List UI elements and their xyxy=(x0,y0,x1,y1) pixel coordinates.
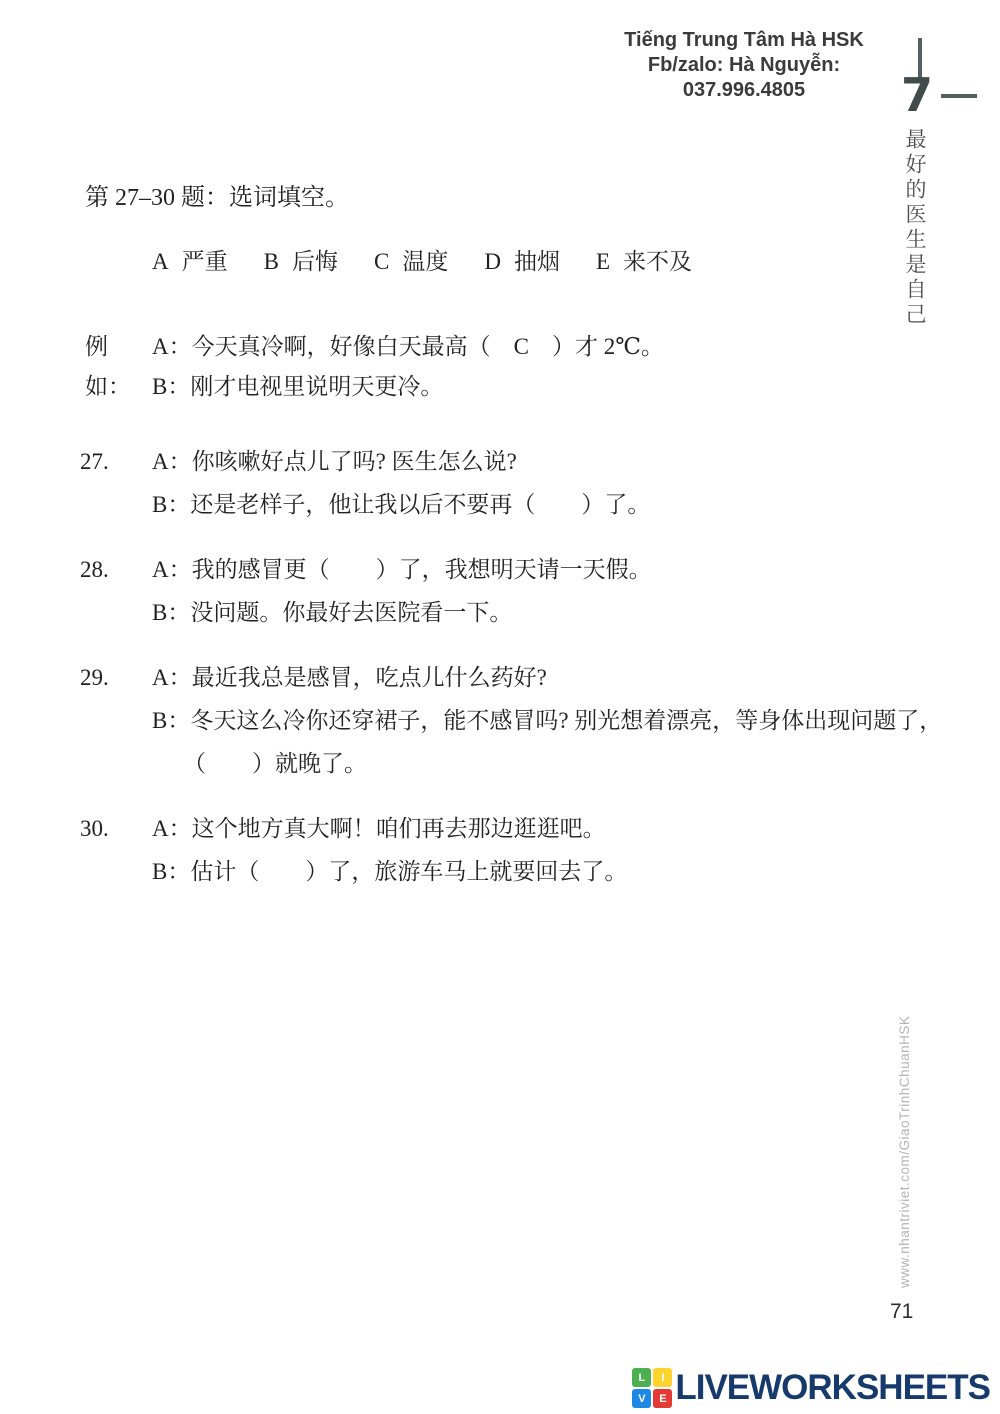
question-number: 27. xyxy=(80,440,152,526)
option-word: 后悔 xyxy=(292,247,338,277)
chapter-horizontal-rule xyxy=(941,94,977,98)
word-bank-option-a: A 严重 xyxy=(152,247,228,277)
logo-tile-v: V xyxy=(632,1389,651,1408)
header-line1: Tiếng Trung Tâm Hà HSK xyxy=(596,28,892,53)
option-letter: C xyxy=(374,247,389,277)
question-line-a: A：这个地方真大啊！咱们再去那边逛逛吧。 xyxy=(152,807,627,850)
liveworksheets-wordmark: LIVEWORKSHEETS xyxy=(675,1368,990,1408)
exercise-content: 第 27–30 题：选词填空。 A 严重 B 后悔 C 温度 D 抽烟 E 来不… xyxy=(80,183,960,915)
question-number: 29. xyxy=(80,656,152,785)
option-word: 抽烟 xyxy=(514,247,560,277)
question-line-a: A：你咳嗽好点儿了吗? 医生怎么说? xyxy=(152,440,650,483)
question-line-a: A：我的感冒更（ ）了，我想明天请一天假。 xyxy=(152,548,652,591)
word-bank-option-b: B 后悔 xyxy=(264,247,338,277)
question-30: 30. A：这个地方真大啊！咱们再去那边逛逛吧。 B：估计（ ）了，旅游车马上就… xyxy=(80,807,960,893)
option-word: 严重 xyxy=(182,247,228,277)
example-dialogue: A：今天真冷啊，好像白天最高（ C ）才 2℃。 B：刚才电视里说明天更冷。 xyxy=(152,327,664,407)
question-line-a: A：最近我总是感冒，吃点儿什么药好? xyxy=(152,656,942,699)
question-29: 29. A：最近我总是感冒，吃点儿什么药好? B：冬天这么冷你还穿裙子，能不感冒… xyxy=(80,656,960,785)
word-bank: A 严重 B 后悔 C 温度 D 抽烟 E 来不及 xyxy=(152,247,960,277)
question-dialogue: A：你咳嗽好点儿了吗? 医生怎么说? B：还是老样子，他让我以后不要再（ ）了。 xyxy=(152,440,650,526)
question-line-b: B：还是老样子，他让我以后不要再（ ）了。 xyxy=(152,483,650,526)
example-line-b: B：刚才电视里说明天更冷。 xyxy=(152,367,664,407)
question-line-b: B：没问题。你最好去医院看一下。 xyxy=(152,591,652,634)
logo-tile-e: E xyxy=(653,1389,672,1408)
option-letter: E xyxy=(596,247,610,277)
option-letter: D xyxy=(484,247,501,277)
header-line2: Fb/zalo: Hà Nguyễn: 037.996.4805 xyxy=(596,53,892,103)
word-bank-option-e: E 来不及 xyxy=(596,247,692,277)
question-28: 28. A：我的感冒更（ ）了，我想明天请一天假。 B：没问题。你最好去医院看一… xyxy=(80,548,960,634)
question-number: 30. xyxy=(80,807,152,893)
option-word: 来不及 xyxy=(623,247,692,277)
page-number: 71 xyxy=(890,1300,913,1324)
question-dialogue: A：最近我总是感冒，吃点儿什么药好? B：冬天这么冷你还穿裙子，能不感冒吗? 别… xyxy=(152,656,942,785)
question-line-b: B：冬天这么冷你还穿裙子，能不感冒吗? 别光想着漂亮，等身体出现问题了， xyxy=(152,699,942,742)
example-label: 例如： xyxy=(85,327,152,407)
question-line-b: B：估计（ ）了，旅游车马上就要回去了。 xyxy=(152,850,627,893)
chapter-number: 7 xyxy=(894,70,940,120)
option-letter: A xyxy=(152,247,169,277)
question-27: 27. A：你咳嗽好点儿了吗? 医生怎么说? B：还是老样子，他让我以后不要再（… xyxy=(80,440,960,526)
question-number: 28. xyxy=(80,548,152,634)
option-letter: B xyxy=(264,247,279,277)
watermark-url: www.nhantriviet.com/GiaoTrinhChuanHSK xyxy=(897,986,912,1288)
example-line-a: A：今天真冷啊，好像白天最高（ C ）才 2℃。 xyxy=(152,327,664,367)
example-block: 例如： A：今天真冷啊，好像白天最高（ C ）才 2℃。 B：刚才电视里说明天更… xyxy=(80,327,960,407)
logo-tile-i: I xyxy=(653,1368,672,1387)
logo-tile-l: L xyxy=(632,1368,651,1387)
liveworksheets-logo[interactable]: L I V E LIVEWORKSHEETS xyxy=(632,1368,990,1408)
question-line-continuation: （ ）就晚了。 xyxy=(152,742,942,785)
worksheet-page: { "header": { "line1": "Tiếng Trung Tâm … xyxy=(0,0,1000,1414)
option-word: 温度 xyxy=(402,247,448,277)
exercise-title: 第 27–30 题：选词填空。 xyxy=(85,183,960,213)
question-dialogue: A：这个地方真大啊！咱们再去那边逛逛吧。 B：估计（ ）了，旅游车马上就要回去了… xyxy=(152,807,627,893)
word-bank-option-d: D 抽烟 xyxy=(484,247,560,277)
liveworksheets-grid-icon: L I V E xyxy=(632,1368,672,1408)
header-contact: Tiếng Trung Tâm Hà HSK Fb/zalo: Hà Nguyễ… xyxy=(596,28,892,103)
word-bank-option-c: C 温度 xyxy=(374,247,448,277)
question-dialogue: A：我的感冒更（ ）了，我想明天请一天假。 B：没问题。你最好去医院看一下。 xyxy=(152,548,652,634)
